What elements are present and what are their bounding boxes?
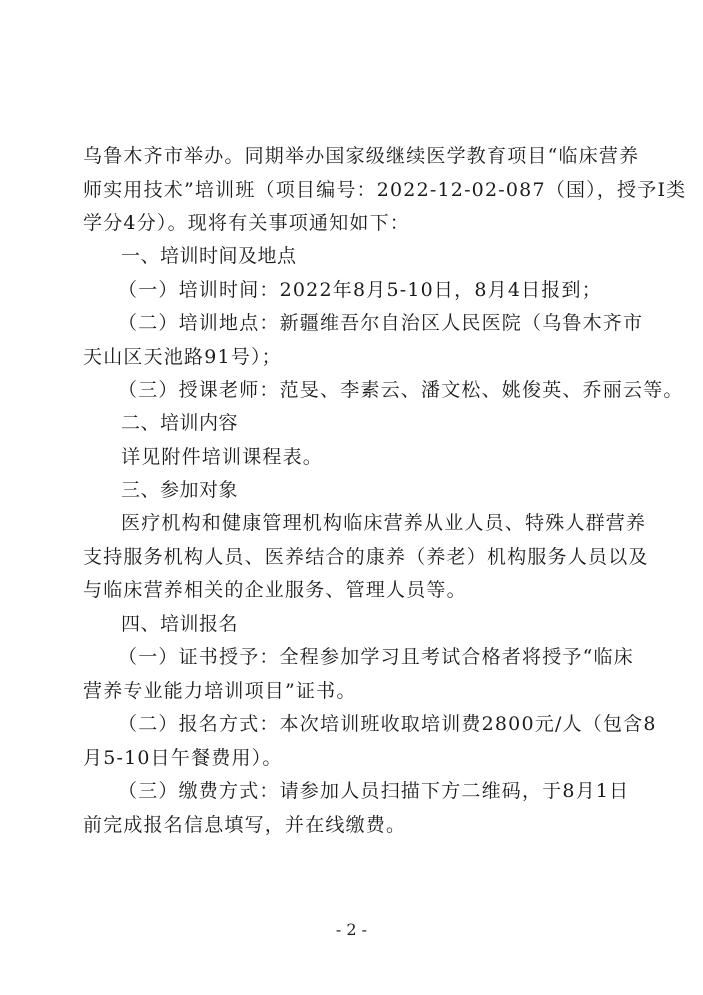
section-4-item-3-line-1: （三）缴费方式：请参加人员扫描下方二维码，于8月1日 [118, 779, 623, 803]
intro-line-1: 乌鲁木齐市举办。同期举办国家级继续医学教育项目“临床营养 [83, 144, 623, 168]
section-1-heading: 一、培训时间及地点 [121, 244, 623, 268]
section-4-item-2-line-1: （二）报名方式：本次培训班收取培训费2800元/人（包含8 [118, 712, 623, 736]
section-1-item-2-line-1: （二）培训地点：新疆维吾尔自治区人民医院（乌鲁木齐市 [118, 311, 623, 335]
intro-line-3: 学分4分）。现将有关事项通知如下： [83, 211, 623, 235]
section-4-item-3-line-2: 前完成报名信息填写，并在线缴费。 [83, 813, 623, 837]
section-4-item-1-line-2: 营养专业能力培训项目”证书。 [83, 679, 623, 703]
document-page: 乌鲁木齐市举办。同期举办国家级继续医学教育项目“临床营养 师实用技术”培训班（项… [0, 0, 703, 995]
section-3-body-line-3: 与临床营养相关的企业服务、管理人员等。 [83, 578, 623, 602]
section-1-item-2-line-2: 天山区天池路91号）； [83, 345, 623, 369]
section-3-body-line-2: 支持服务机构人员、医养结合的康养（养老）机构服务人员以及 [83, 545, 623, 569]
page-number: - 2 - [0, 920, 703, 939]
section-2-heading: 二、培训内容 [121, 411, 623, 435]
section-1-item-3: （三）授课老师：范旻、李素云、潘文松、姚俊英、乔丽云等。 [118, 378, 620, 402]
section-4-item-2-line-2: 月5-10日午餐费用）。 [83, 746, 623, 770]
section-3-heading: 三、参加对象 [121, 478, 623, 502]
section-4-heading: 四、培训报名 [121, 612, 623, 636]
intro-line-2: 师实用技术”培训班（项目编号：2022-12-02-087（国），授予I类 [83, 178, 623, 202]
section-4-item-1-line-1: （一）证书授予：全程参加学习且考试合格者将授予“临床 [118, 645, 623, 669]
section-3-body-line-1: 医疗机构和健康管理机构临床营养从业人员、特殊人群营养 [121, 511, 623, 535]
section-2-body: 详见附件培训课程表。 [121, 445, 623, 469]
section-1-item-1: （一）培训时间：2022年8月5-10日，8月4日报到； [118, 278, 620, 302]
